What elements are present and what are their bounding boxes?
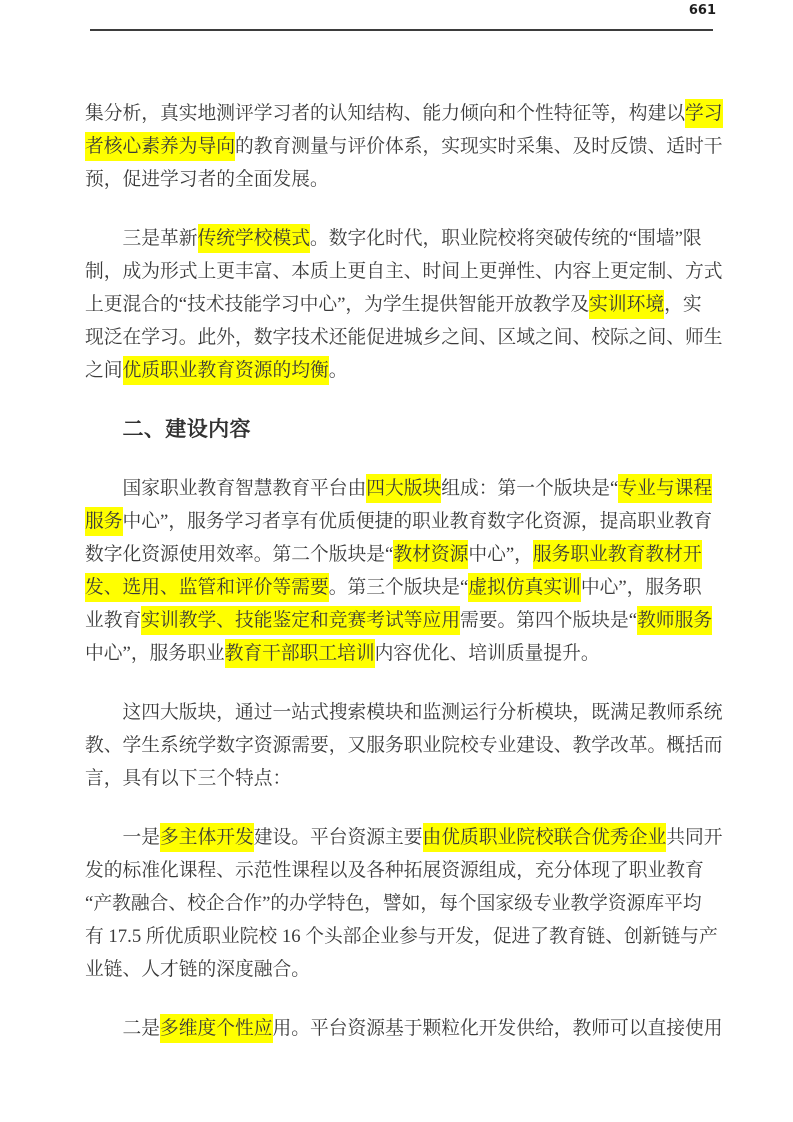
document-page: 661 集分析，真实地测评学习者的认知结构、能力倾向和个性特征等，构建以学习者核…: [0, 0, 793, 1122]
text-line: 者核心素养为导向的教育测量与评价体系，实现实时采集、及时反馈、适时干: [85, 130, 745, 163]
paragraph: 二是多维度个性应用。平台资源基于颗粒化开发供给，教师可以直接使用: [85, 1012, 745, 1045]
highlighted-text: 专业与课程: [618, 474, 712, 503]
highlighted-text: 四大版块: [366, 474, 441, 503]
text-segment: 集分析，真实地测评学习者的认知结构、能力倾向和个性特征等，构建以: [85, 103, 685, 124]
text-segment: 业教育: [85, 610, 141, 631]
text-segment: 制，成为形式上更丰富、本质上更自主、时间上更弹性、内容上更定制、方式: [85, 261, 723, 282]
text-line: 发、选用、监管和评价等需要。第三个版块是“虚拟仿真实训中心”，服务职: [85, 571, 745, 604]
text-line: “产教融合、校企合作”的办学特色，譬如，每个国家级专业教学资源库平均: [85, 887, 745, 920]
text-segment: ，实: [664, 294, 702, 315]
text-segment: 业链、人才链的深度融合。: [85, 959, 310, 980]
paragraph: 集分析，真实地测评学习者的认知结构、能力倾向和个性特征等，构建以学习者核心素养为…: [85, 97, 745, 196]
text-segment: 共同开: [666, 827, 722, 848]
text-segment: 的教育测量与评价体系，实现实时采集、及时反馈、适时干: [235, 136, 723, 157]
highlighted-text: 发、选用、监管和评价等需要: [85, 573, 329, 602]
text-line: 业教育实训教学、技能鉴定和竞赛考试等应用需要。第四个版块是“教师服务: [85, 604, 745, 637]
text-line: 国家职业教育智慧教育平台由四大版块组成：第一个版块是“专业与课程: [85, 472, 745, 505]
text-line: 服务中心”，服务学习者享有优质便捷的职业教育数字化资源，提高职业教育: [85, 505, 745, 538]
text-segment: 。: [329, 360, 348, 381]
text-segment: 中心”，服务职业: [85, 643, 225, 664]
highlighted-text: 传统学校模式: [198, 224, 311, 253]
highlighted-text: 实训教学、技能鉴定和竞赛考试等应用: [141, 606, 460, 635]
text-segment: 现泛在学习。此外，数字技术还能促进城乡之间、区域之间、校际之间、师生: [85, 327, 723, 348]
text-segment: 发的标准化课程、示范性课程以及各种拓展资源组成，充分体现了职业教育: [85, 860, 704, 881]
text-line: 中心”，服务职业教育干部职工培训内容优化、培训质量提升。: [85, 637, 745, 670]
text-segment: 之间: [85, 360, 123, 381]
text-line: 预，促进学习者的全面发展。: [85, 163, 745, 196]
text-line: 上更混合的“技术技能学习中心”，为学生提供智能开放教学及实训环境，实: [85, 288, 745, 321]
text-line: 这四大版块，通过一站式搜索模块和监测运行分析模块，既满足教师系统: [85, 696, 745, 729]
text-segment: 言，具有以下三个特点：: [85, 768, 291, 789]
text-segment: 预，促进学习者的全面发展。: [85, 169, 329, 190]
text-segment: 中心”，: [468, 544, 533, 565]
text-line: 有 17.5 所优质职业院校 16 个头部企业参与开发，促进了教育链、创新链与产: [85, 920, 745, 953]
text-line: 数字化资源使用效率。第二个版块是“教材资源中心”，服务职业教育教材开: [85, 538, 745, 571]
text-line: 二是多维度个性应用。平台资源基于颗粒化开发供给，教师可以直接使用: [85, 1012, 745, 1045]
text-segment: 三是革新: [123, 228, 198, 249]
highlighted-text: 多主体开发: [160, 823, 254, 852]
page-number: 661: [686, 3, 716, 18]
text-line: 言，具有以下三个特点：: [85, 762, 745, 795]
text-segment: 一是: [123, 827, 161, 848]
highlighted-text: 服务: [85, 507, 123, 536]
text-line: 集分析，真实地测评学习者的认知结构、能力倾向和个性特征等，构建以学习: [85, 97, 745, 130]
highlighted-text: 优质职业教育资源的均衡: [123, 356, 329, 385]
text-segment: 中心”，服务学习者享有优质便捷的职业教育数字化资源，提高职业教育: [123, 511, 713, 532]
header-rule: [90, 29, 713, 31]
highlighted-text: 虚拟仿真实训: [468, 573, 581, 602]
highlighted-text: 者核心素养为导向: [85, 132, 235, 161]
highlighted-text: 学习: [685, 99, 723, 128]
text-segment: 中心”，服务职: [581, 577, 702, 598]
text-segment: 组成：第一个版块是“: [441, 478, 618, 499]
text-line: 二、建设内容: [85, 413, 745, 446]
text-segment: 教、学生系统学数字资源需要，又服务职业院校专业建设、教学改革。概括而: [85, 735, 723, 756]
text-line: 制，成为形式上更丰富、本质上更自主、时间上更弹性、内容上更定制、方式: [85, 255, 745, 288]
text-segment: 上更混合的“技术技能学习中心”，为学生提供智能开放教学及: [85, 294, 589, 315]
text-line: 现泛在学习。此外，数字技术还能促进城乡之间、区域之间、校际之间、师生: [85, 321, 745, 354]
text-segment: 。第三个版块是“: [329, 577, 469, 598]
highlighted-text: 多维度个性应: [160, 1014, 273, 1043]
text-segment: 。数字化时代，职业院校将突破传统的“围墙”限: [310, 228, 702, 249]
text-segment: 用。平台资源基于颗粒化开发供给，教师可以直接使用: [273, 1018, 723, 1039]
text-segment: 国家职业教育智慧教育平台由: [123, 478, 367, 499]
section-heading: 二、建设内容: [85, 413, 745, 446]
paragraph: 这四大版块，通过一站式搜索模块和监测运行分析模块，既满足教师系统教、学生系统学数…: [85, 696, 745, 795]
text-segment: “产教融合、校企合作”的办学特色，譬如，每个国家级专业教学资源库平均: [85, 893, 702, 914]
text-line: 之间优质职业教育资源的均衡。: [85, 354, 745, 387]
paragraph: 国家职业教育智慧教育平台由四大版块组成：第一个版块是“专业与课程服务中心”，服务…: [85, 472, 745, 670]
paragraph: 一是多主体开发建设。平台资源主要由优质职业院校联合优秀企业共同开发的标准化课程、…: [85, 821, 745, 986]
text-segment: 有 17.5 所优质职业院校 16 个头部企业参与开发，促进了教育链、创新链与产: [85, 926, 718, 947]
text-line: 三是革新传统学校模式。数字化时代，职业院校将突破传统的“围墙”限: [85, 222, 745, 255]
text-segment: 内容优化、培训质量提升。: [375, 643, 600, 664]
text-line: 一是多主体开发建设。平台资源主要由优质职业院校联合优秀企业共同开: [85, 821, 745, 854]
highlighted-text: 教师服务: [637, 606, 712, 635]
highlighted-text: 实训环境: [589, 290, 664, 319]
document-body: 集分析，真实地测评学习者的认知结构、能力倾向和个性特征等，构建以学习者核心素养为…: [85, 97, 745, 1045]
highlighted-text: 教材资源: [393, 540, 468, 569]
text-line: 教、学生系统学数字资源需要，又服务职业院校专业建设、教学改革。概括而: [85, 729, 745, 762]
highlighted-text: 服务职业教育教材开: [533, 540, 702, 569]
text-line: 业链、人才链的深度融合。: [85, 953, 745, 986]
text-segment: 二、建设内容: [123, 417, 251, 441]
text-segment: 二是: [123, 1018, 161, 1039]
text-segment: 数字化资源使用效率。第二个版块是“: [85, 544, 393, 565]
highlighted-text: 由优质职业院校联合优秀企业: [423, 823, 667, 852]
paragraph: 三是革新传统学校模式。数字化时代，职业院校将突破传统的“围墙”限制，成为形式上更…: [85, 222, 745, 387]
text-segment: 这四大版块，通过一站式搜索模块和监测运行分析模块，既满足教师系统: [123, 702, 723, 723]
highlighted-text: 教育干部职工培训: [225, 639, 375, 668]
text-line: 发的标准化课程、示范性课程以及各种拓展资源组成，充分体现了职业教育: [85, 854, 745, 887]
text-segment: 建设。平台资源主要: [254, 827, 423, 848]
text-segment: 需要。第四个版块是“: [460, 610, 637, 631]
